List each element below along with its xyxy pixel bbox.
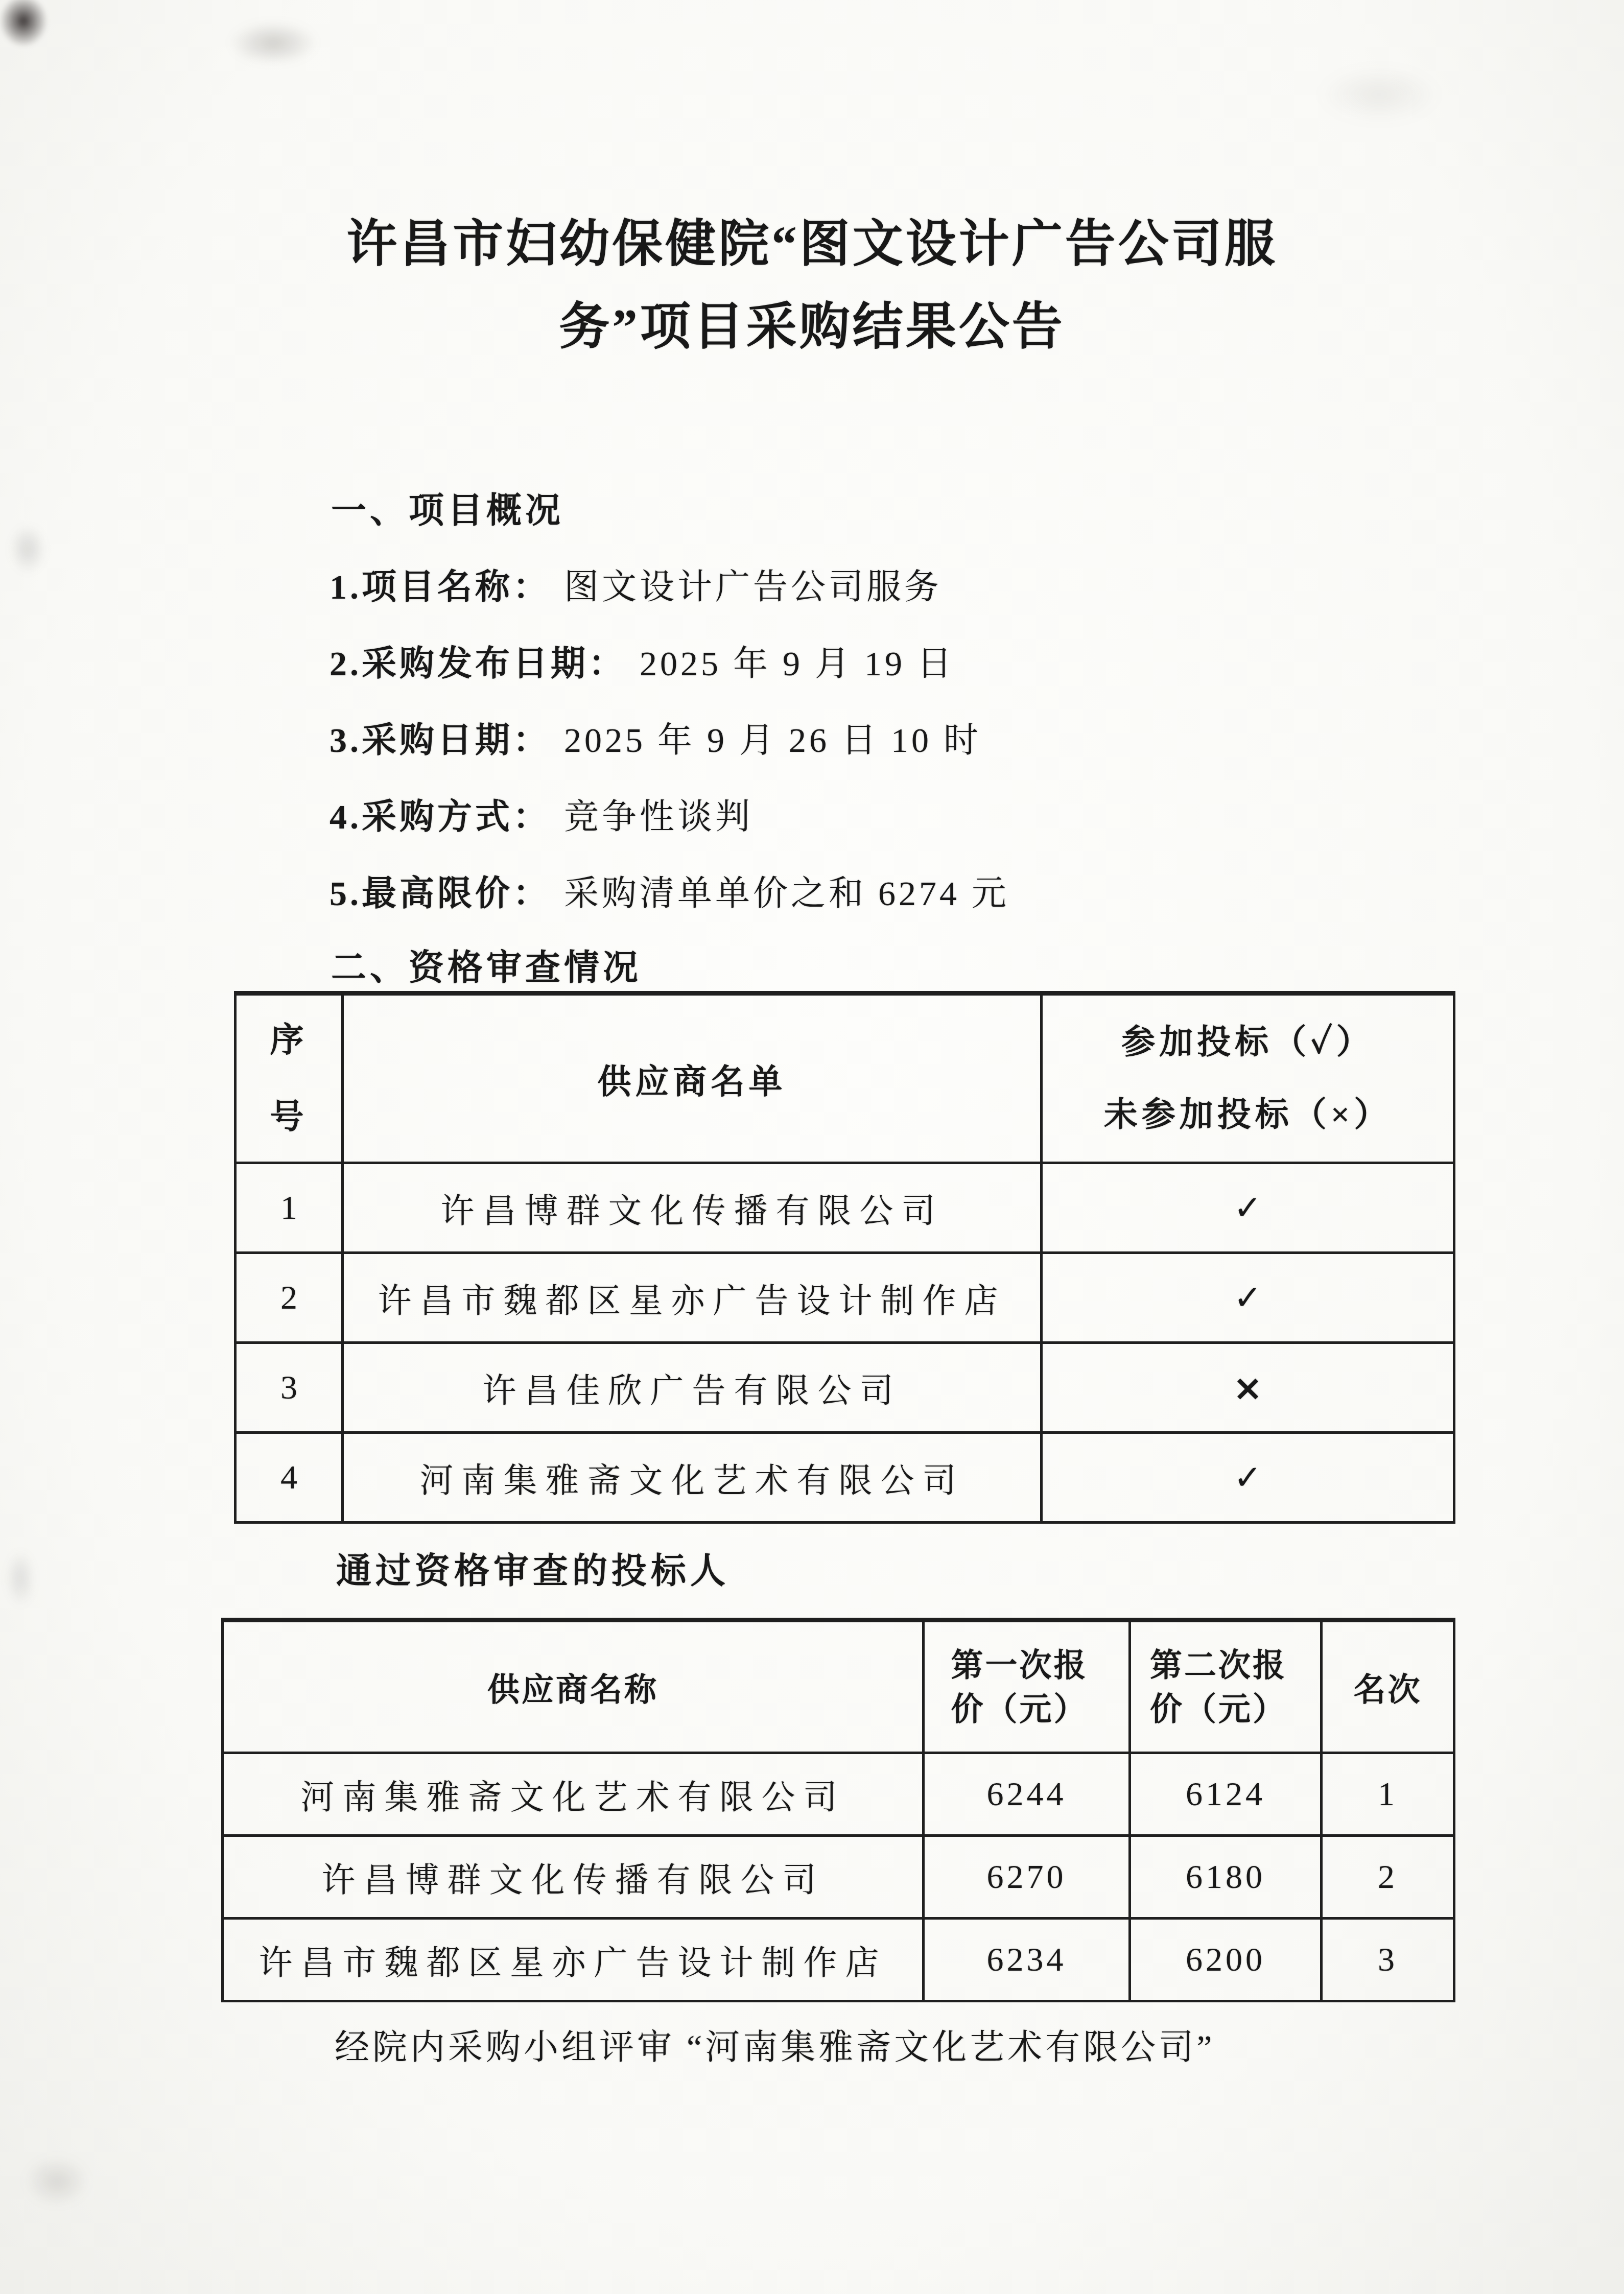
item-publish-date-value: 2025 年 9 月 19 日 [640,644,955,683]
quotation-col-supplier-header: 供应商名称 [223,1620,924,1753]
scan-artifact-bottom [13,2148,100,2214]
quotation-row: 河南集雅斋文化艺术有限公司 6244 6124 1 [223,1753,1454,1836]
first-quote-cell: 6244 [924,1753,1130,1836]
document-title: 许昌市妇幼保健院“图文设计广告公司服 务”项目采购结果公告 [0,0,1624,369]
supplier-name-cell: 许昌市魏都区星亦广告设计制作店 [223,1919,924,2001]
participation-mark: ✓ [1042,1163,1454,1253]
quotation-col-rank-header: 名次 [1322,1620,1454,1753]
quotation-header-row: 供应商名称 第一次报价（元） 第二次报价（元） 名次 [223,1620,1454,1753]
quotation-row: 许昌博群文化传播有限公司 6270 6180 2 [223,1836,1454,1919]
row-no: 3 [236,1343,343,1433]
participate-header-line1: 参加投标（✓） [1048,1022,1448,1063]
participate-header-line2: 未参加投标（×） [1048,1095,1448,1136]
item-max-price-value: 采购清单单价之和 6274 元 [564,874,1009,913]
participation-mark: ✓ [1042,1253,1454,1343]
quotation-row: 许昌市魏都区星亦广告设计制作店 6234 6200 3 [223,1919,1454,2001]
participation-mark: × [1042,1343,1454,1433]
item-max-price-label: 5.最高限价： [329,874,551,913]
section2-heading: 二、资格审查情况 [331,945,1624,991]
title-line-1: 许昌市妇幼保健院“图文设计广告公司服 [0,203,1624,286]
supplier-name-cell: 许昌博群文化传播有限公司 [343,1163,1042,1253]
quotation-result-table: 供应商名称 第一次报价（元） 第二次报价（元） 名次 河南集雅斋文化艺术有限公司… [221,1618,1455,2002]
row-no: 1 [236,1163,343,1253]
item-max-price: 5.最高限价：采购清单单价之和 6274 元 [329,870,1624,917]
second-quote-cell: 6124 [1130,1753,1322,1836]
supplier-name-cell: 河南集雅斋文化艺术有限公司 [343,1433,1042,1523]
supplier-name-cell: 河南集雅斋文化艺术有限公司 [223,1753,924,1836]
qualified-bidders-subheading: 通过资格审查的投标人 [336,1548,1624,1594]
scanned-document: { "colors": { "paper": "#fbfbf8", "ink":… [0,0,1624,2294]
section1-heading: 一、项目概况 [331,488,1624,534]
quotation-col-first-header: 第一次报价（元） [924,1620,1130,1753]
item-publish-date-label: 2.采购发布日期： [329,644,626,683]
rank-cell: 3 [1322,1919,1454,2001]
review-result-text: 经院内采购小组评审 “河南集雅斋文化艺术有限公司” [335,2024,1624,2071]
second-quote-cell: 6200 [1130,1919,1322,2001]
item-publish-date: 2.采购发布日期：2025 年 9 月 19 日 [329,640,1624,687]
qualification-review-table: 序号 供应商名单 参加投标（✓） 未参加投标（×） 1 许昌博群文化传播有限公司… [234,991,1455,1524]
qualification-col-supplier-header: 供应商名单 [343,994,1042,1163]
qualification-row: 3 许昌佳欣广告有限公司 × [236,1343,1454,1433]
item-project-name: 1.项目名称：图文设计广告公司服务 [329,563,1624,610]
qualification-row: 1 许昌博群文化传播有限公司 ✓ [236,1163,1454,1253]
supplier-name-cell: 许昌市魏都区星亦广告设计制作店 [343,1253,1042,1343]
quotation-col-second-header: 第二次报价（元） [1130,1620,1322,1753]
qualification-col-participate-header: 参加投标（✓） 未参加投标（×） [1042,994,1454,1163]
item-procure-date-value: 2025 年 9 月 26 日 10 时 [564,721,981,760]
rank-cell: 1 [1322,1753,1454,1836]
item-procure-method-label: 4.采购方式： [329,797,551,836]
qualification-col-no-header: 序号 [236,994,343,1163]
qualification-header-row: 序号 供应商名单 参加投标（✓） 未参加投标（×） [236,994,1454,1163]
scan-artifact-left-1 [3,516,52,582]
supplier-name-cell: 许昌博群文化传播有限公司 [223,1836,924,1919]
item-procure-date-label: 3.采购日期： [329,721,551,760]
qualification-row: 2 许昌市魏都区星亦广告设计制作店 ✓ [236,1253,1454,1343]
item-procure-method: 4.采购方式：竞争性谈判 [329,793,1624,840]
second-quote-cell: 6180 [1130,1836,1322,1919]
rank-cell: 2 [1322,1836,1454,1919]
row-no: 2 [236,1253,343,1343]
participation-mark: ✓ [1042,1433,1454,1523]
supplier-name-cell: 许昌佳欣广告有限公司 [343,1343,1042,1433]
title-line-2: 务”项目采购结果公告 [0,286,1624,369]
document-page: 许昌市妇幼保健院“图文设计广告公司服 务”项目采购结果公告 一、项目概况 1.项… [0,0,1624,2294]
item-project-name-label: 1.项目名称： [329,567,551,606]
first-quote-cell: 6270 [924,1836,1130,1919]
item-procure-method-value: 竞争性谈判 [564,797,753,836]
item-procure-date: 3.采购日期：2025 年 9 月 26 日 10 时 [329,717,1624,764]
row-no: 4 [236,1433,343,1523]
item-project-name-value: 图文设计广告公司服务 [564,567,942,606]
qualification-row: 4 河南集雅斋文化艺术有限公司 ✓ [236,1433,1454,1523]
first-quote-cell: 6234 [924,1919,1130,2001]
scan-artifact-left-2 [0,1540,41,1617]
